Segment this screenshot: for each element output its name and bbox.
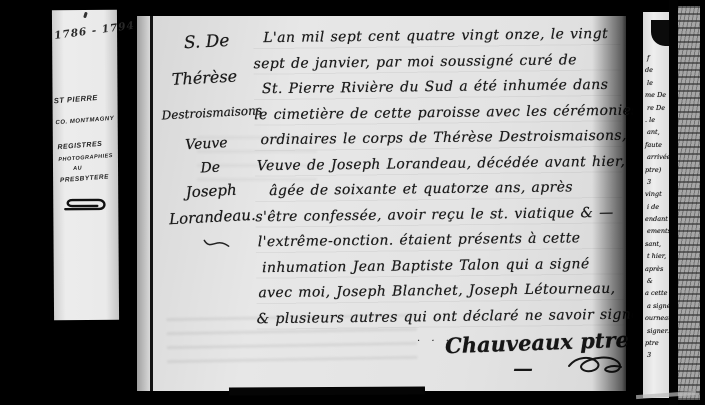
adjacent-page-text-fragments: f de le me De re De . le ant, faute arri… — [645, 52, 669, 362]
text-fragment: arrivée, — [645, 151, 669, 163]
text-fragment: signer. — [645, 325, 669, 337]
record-line: âgée de soixante et quatorze ans, après — [255, 175, 622, 205]
text-fragment: ptre) — [645, 164, 669, 176]
margin-note-line: Lorandeau. — [169, 206, 256, 229]
text-fragment: 3 — [645, 349, 669, 361]
burial-record-text: L'an mil sept cent quatre vingt onze, le… — [253, 22, 624, 332]
text-fragment: a cette — [645, 287, 669, 299]
page-gutter-shadow — [592, 16, 626, 391]
text-fragment: re De — [645, 102, 669, 114]
margin-flourish — [202, 235, 231, 256]
spine-label-line: PRESBYTERE — [60, 173, 118, 184]
signature-underline: — — [513, 356, 533, 380]
spine-label-line: PHOTOGRAPHIES — [58, 153, 116, 163]
text-fragment: . le — [645, 114, 669, 126]
margin-note-line: S. De — [183, 31, 230, 53]
text-fragment: de — [645, 64, 669, 76]
record-line: ordinaires le corps de Thérèse Destroism… — [254, 124, 621, 154]
text-fragment: après — [645, 263, 669, 275]
far-page-texture — [678, 6, 700, 400]
text-fragment: t hier, — [645, 250, 669, 262]
adjacent-page-edge: f de le me De re De . le ant, faute arri… — [643, 12, 669, 398]
film-edge — [700, 0, 705, 405]
text-fragment: le — [645, 77, 669, 89]
microfilm-scan: 1786 - 1794 ST PIERRE CO. MONTMAGNY REGI… — [0, 0, 705, 405]
book-gutter — [622, 0, 643, 405]
margin-rule-line — [150, 16, 153, 391]
text-fragment: endant — [645, 213, 669, 225]
text-fragment: a signé — [645, 300, 669, 312]
ink-blot — [651, 20, 669, 46]
text-fragment: ant, — [645, 126, 669, 138]
record-line: avec moi, Joseph Blanchet, Joseph Létour… — [256, 277, 623, 307]
record-line: St. Pierre Rivière du Sud a été inhumée … — [254, 73, 621, 103]
spine-label-line: AU — [73, 163, 117, 172]
text-fragment: me De — [645, 89, 669, 101]
film-gap — [669, 0, 678, 405]
margin-note-line: Thérèse — [171, 67, 237, 89]
record-line: & plusieurs autres qui ont déclaré ne sa… — [257, 302, 624, 332]
spine-date-range: 1786 - 1794 — [54, 22, 117, 42]
spine-label-line: ST PIERRE — [54, 92, 113, 105]
text-fragment: vingt — [645, 188, 669, 200]
page-bottom-shadow — [229, 386, 425, 395]
page-left-edge — [137, 16, 150, 391]
paperclip-mark — [61, 196, 109, 218]
text-fragment: faute — [645, 139, 669, 151]
text-fragment: f — [645, 52, 669, 64]
text-fragment: ourneau, — [645, 312, 669, 324]
text-fragment: i de — [645, 201, 669, 213]
margin-annotation: S. De Thérèse Destroismaisons Veuve De J… — [157, 21, 257, 26]
spine-label-block: ST PIERRE CO. MONTMAGNY REGISTRES PHOTOG… — [54, 92, 119, 184]
text-fragment: 3 — [645, 176, 669, 188]
spine-label-line: REGISTRES — [57, 140, 115, 151]
margin-note-line: Veuve — [185, 135, 228, 153]
margin-note-line: De — [200, 160, 220, 177]
text-fragment: ements, — [645, 225, 669, 237]
text-fragment: & — [645, 275, 669, 287]
margin-note-line: Destroismaisons — [161, 103, 262, 122]
spine-strip: 1786 - 1794 ST PIERRE CO. MONTMAGNY REGI… — [52, 10, 119, 320]
ink-mark — [83, 12, 88, 19]
register-page: S. De Thérèse Destroismaisons Veuve De J… — [137, 16, 626, 391]
spine-label-line: CO. MONTMAGNY — [55, 116, 113, 126]
text-fragment: sant, — [645, 238, 669, 250]
margin-note-line: Joseph — [185, 181, 237, 202]
record-line: L'an mil sept cent quatre vingt onze, le… — [253, 22, 620, 52]
record-line: l'extrême-onction. étaient présents à ce… — [256, 226, 623, 256]
text-fragment: ptre — [645, 337, 669, 349]
